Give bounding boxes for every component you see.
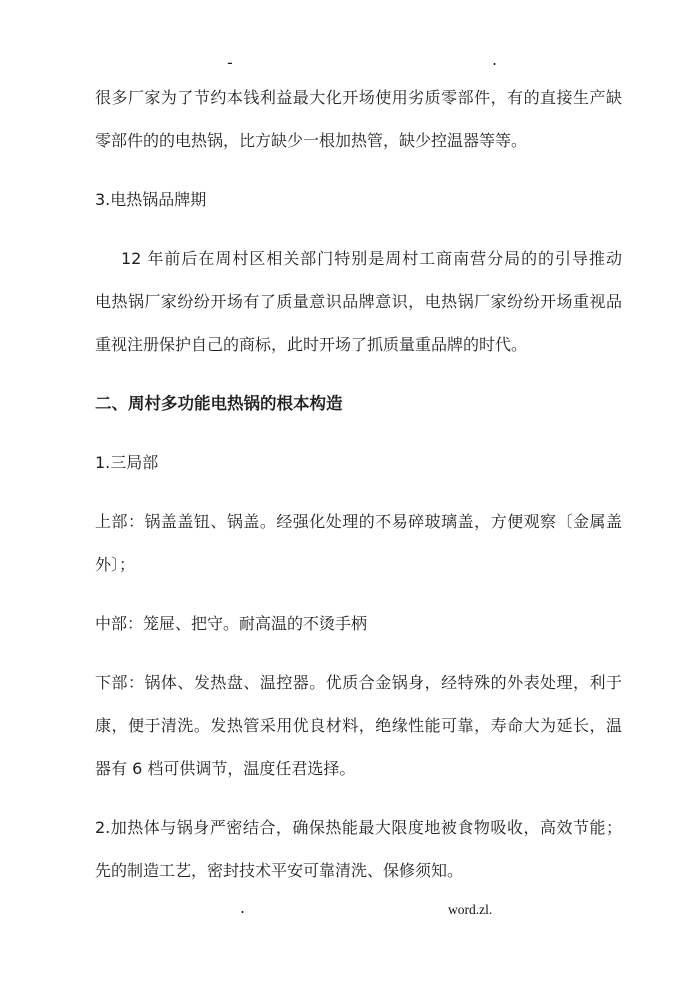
text-line: 12 年前后在周村区相关部门特别是周村工商南营分局的的引导推动下， bbox=[95, 237, 622, 280]
document-page: - . 很多厂家为了节约本钱利益最大化开场使用劣质零部件，有的直接生产缺少零部件… bbox=[0, 0, 696, 983]
text-line: 很多厂家为了节约本钱利益最大化开场使用劣质零部件，有的直接生产缺少 bbox=[95, 76, 622, 119]
paragraph: 中部：笼屉、把守。耐高温的不烫手柄 bbox=[95, 602, 622, 645]
text-line: 中部：笼屉、把守。耐高温的不烫手柄 bbox=[95, 602, 622, 645]
text-line: 器有 6 档可供调节，温度任君选择。 bbox=[95, 747, 622, 790]
text-line: 零部件的的电热锅，比方缺少一根加热管，缺少控温器等等。 bbox=[95, 119, 622, 162]
paragraph: 下部：锅体、发热盘、温控器。优质合金锅身，经特殊的外表处理，利于安康，便于清洗。… bbox=[95, 661, 622, 790]
document-body: 很多厂家为了节约本钱利益最大化开场使用劣质零部件，有的直接生产缺少零部件的的电热… bbox=[95, 76, 622, 892]
text-line: 重视注册保护自己的商标，此时开场了抓质量重品牌的时代。 bbox=[95, 323, 622, 366]
text-line: 先的制造工艺，密封技术平安可靠清洗、保修须知。 bbox=[95, 849, 622, 892]
footer-dot-mark: . bbox=[240, 900, 245, 916]
top-dash-mark: - bbox=[227, 55, 233, 71]
text-line: 2.加热体与锅身严密结合，确保热能最大限度地被食物吸收，高效节能；领 bbox=[95, 806, 622, 849]
paragraph: 很多厂家为了节约本钱利益最大化开场使用劣质零部件，有的直接生产缺少零部件的的电热… bbox=[95, 76, 622, 162]
text-line: 二、周村多功能电热锅的根本构造 bbox=[95, 382, 622, 425]
paragraph: 1.三局部 bbox=[95, 441, 622, 484]
text-line: 3.电热锅品牌期 bbox=[95, 178, 622, 221]
paragraph: 上部：锅盖盖钮、锅盖。经强化处理的不易碎玻璃盖，方便观察〔金属盖除外〕； bbox=[95, 500, 622, 586]
text-line: 1.三局部 bbox=[95, 441, 622, 484]
paragraph: 3.电热锅品牌期 bbox=[95, 178, 622, 221]
top-dot-mark: . bbox=[492, 52, 497, 68]
paragraph: 2.加热体与锅身严密结合，确保热能最大限度地被食物吸收，高效节能；领先的制造工艺… bbox=[95, 806, 622, 892]
text-line: 上部：锅盖盖钮、锅盖。经强化处理的不易碎玻璃盖，方便观察〔金属盖除 bbox=[95, 500, 622, 543]
text-line: 下部：锅体、发热盘、温控器。优质合金锅身，经特殊的外表处理，利于安 bbox=[95, 661, 622, 704]
text-line: 电热锅厂家纷纷开场有了质量意识品牌意识，电热锅厂家纷纷开场重视品牌 bbox=[95, 280, 622, 323]
paragraph: 12 年前后在周村区相关部门特别是周村工商南营分局的的引导推动下，电热锅厂家纷纷… bbox=[95, 237, 622, 366]
watermark-text: word.zl. bbox=[448, 902, 492, 918]
text-line: 外〕； bbox=[95, 543, 622, 586]
text-line: 康，便于清洗。发热管采用优良材料，绝缘性能可靠，寿命大为延长，温控 bbox=[95, 704, 622, 747]
section-heading: 二、周村多功能电热锅的根本构造 bbox=[95, 382, 622, 425]
